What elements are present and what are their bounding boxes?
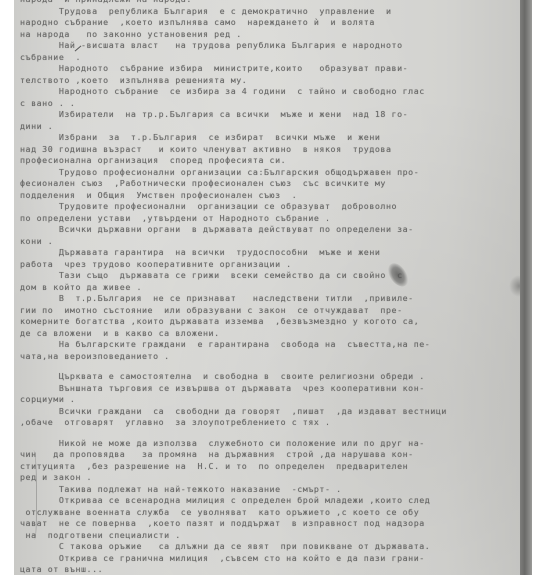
text-line: Всички граждани са свободни да говорят ,… [20,406,520,418]
text-line: чават не се повернва ,което пазят и подд… [20,518,520,530]
text-line: Народното събрание се избира за 4 години… [20,86,520,98]
text-line: отслужване военната служба се уволняват … [20,507,520,519]
text-line: с вано . . [20,98,520,110]
text-line: работа чрез трудово кооперативните орган… [20,259,520,271]
text-line: професионална организация според професи… [20,155,520,167]
text-line: фесионален съюз ,Работнически професиона… [20,178,520,190]
text-line: чата,на вероизповеданието . [20,351,520,363]
text-line: дом в който да живее . [20,282,520,294]
text-line: дини . [20,121,520,133]
text-line: Трудово професионални организации са:Бъл… [20,167,520,179]
text-line: Никой не може да използва служебното си … [20,438,520,450]
text-line: Избрани за т.р.България се избират всичк… [20,132,520,144]
text-line: чин да проповядва за промяна на държавни… [20,449,520,461]
text-line: телството ,което изпълнява решенията му. [20,75,520,87]
paragraph-gap [20,429,520,438]
text-line: Трудовите професионални организации се о… [20,201,520,213]
text-line: сорциуми . [20,394,520,406]
scanned-document: народа и принадлежи на народа. Трудова р… [0,0,552,575]
text-line: гии по имотно състояние или образувани с… [20,305,520,317]
text-line: В т.р.България не се признават наследств… [20,293,520,305]
text-line: Открива се гранична милиция ,съвсем сто … [20,553,520,565]
text-line: Най -висшата власт на трудова република … [20,40,520,52]
text-line: С такова оръжие са длъжни да се явят при… [20,541,520,553]
text-line: по определени устави ,утвърдени от Народ… [20,213,520,225]
typewritten-body: народа и принадлежи на народа. Трудова р… [20,0,520,575]
text-line: Всички държавни органи в държавата дейст… [20,224,520,236]
text-line: Държавата гарантира на всички трудоспосо… [20,247,520,259]
text-line: Външната търговия се извършва от държава… [20,383,520,395]
text-line: ституцията ,без разрешение на Н.С. и то … [20,461,520,473]
text-line: събрание . [20,52,520,64]
text-line: народно събрание ,което изпълнява само н… [20,17,520,29]
text-line: Избиратели на тр.р.България са всички мъ… [20,109,520,121]
text-line: Тази също държавата се грижи всеки семей… [20,270,520,282]
text-line: Трудова република България е с демократи… [20,6,520,18]
text-line: на народа по законно установения ред . [20,29,520,41]
text-line: ,обаче отговарят углавно за злоупотребле… [20,417,520,429]
text-line: Църквата е самостоятелна и свободна в св… [20,371,520,383]
text-line: кони . [20,236,520,248]
text-line: Народното събрание избира министрите,кои… [20,63,520,75]
text-line: На българските граждани е гарантирана св… [20,339,520,351]
text-line: над 30 годишна възраст и които членуват … [20,144,520,156]
text-line: Откриваа се всенародна милиция с определ… [20,495,520,507]
text-line: ред и закон . [20,472,520,484]
text-line: комерните богатства ,които държавата изз… [20,316,520,328]
text-line: на подготвени специалисти . [20,530,520,542]
text-line: подделения и Общия Умствен професионален… [20,190,520,202]
text-line: цата от външ... [20,564,520,575]
text-line: де са вложени и в какво са вложени. [20,328,520,340]
scanner-edge-shadow [520,0,532,575]
paragraph-gap [20,362,520,371]
text-line: Такива подлежат на най-тежкото наказание… [20,484,520,496]
